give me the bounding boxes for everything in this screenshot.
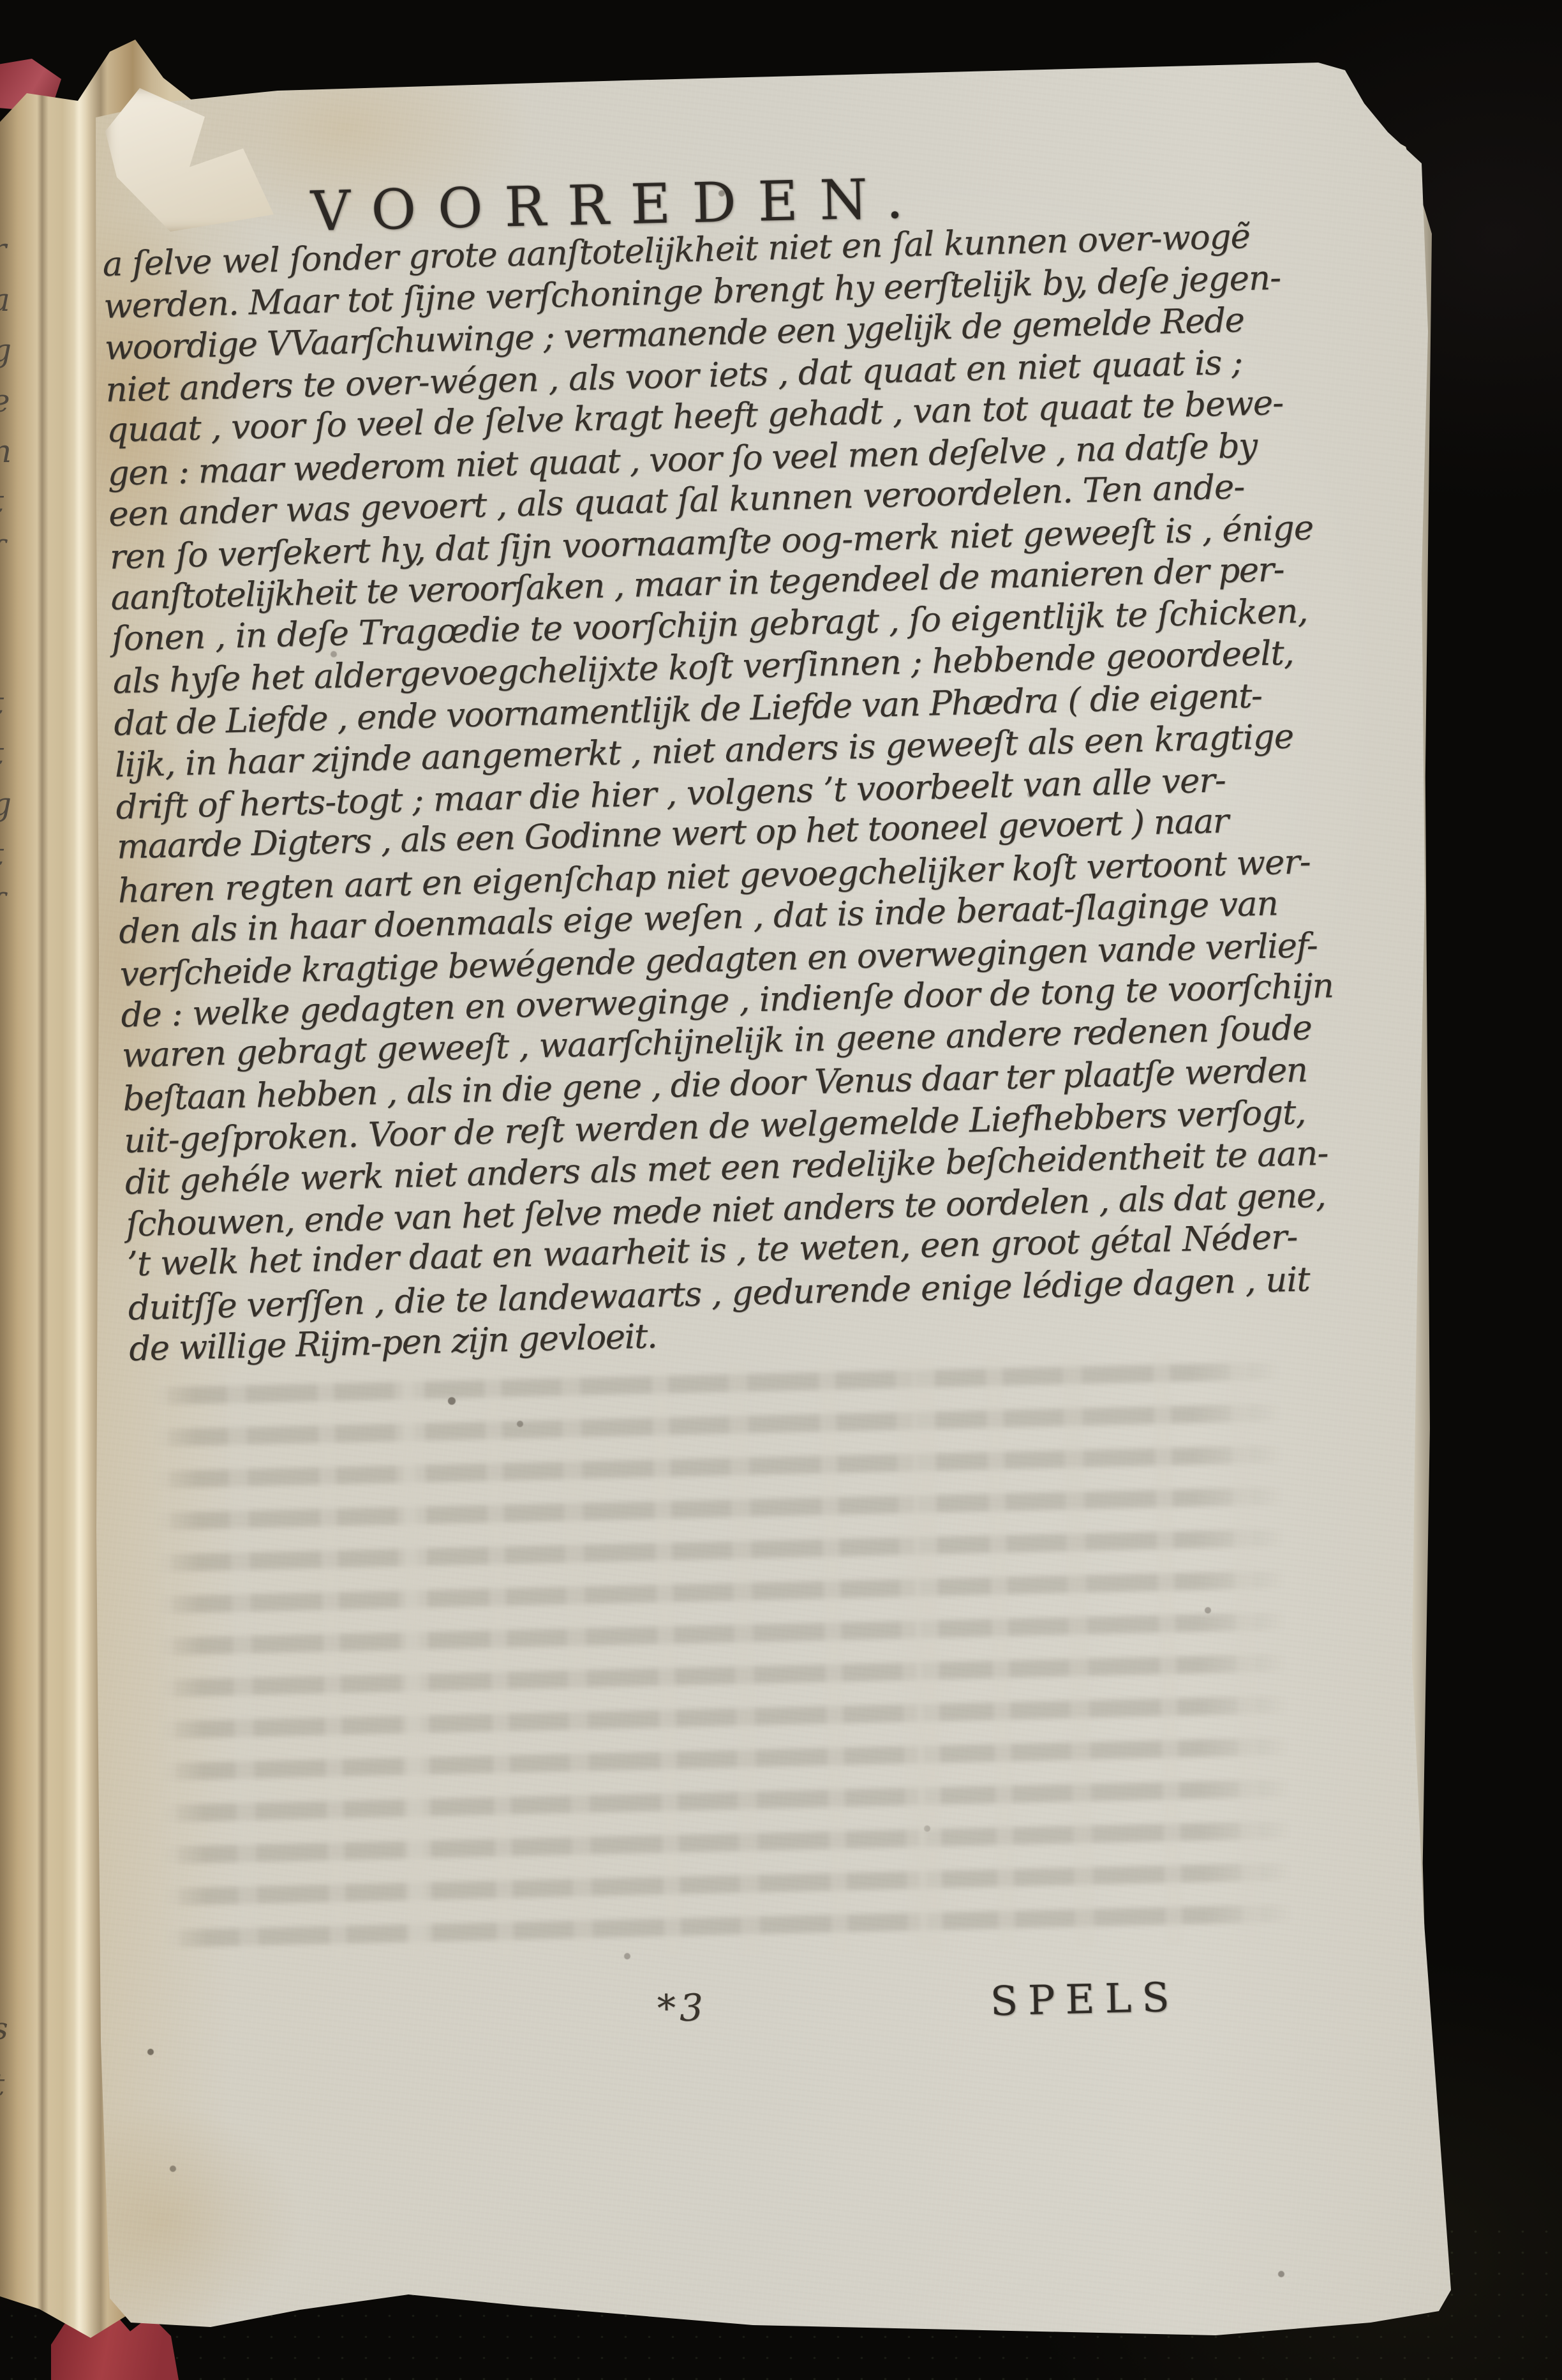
letter-fragment: e xyxy=(0,376,26,426)
preface-text: a ſelve wel ſonder grote aanſtotelijkhei… xyxy=(102,216,1291,1370)
verso-bleedthrough xyxy=(150,1350,1296,1969)
book-page: VOORREDEN. a ſelve wel ſonder grote aanſ… xyxy=(0,0,1562,2380)
letter-fragment: ſ xyxy=(0,880,26,931)
facing-page-letter-fragments-bottom: st xyxy=(0,2001,22,2113)
letter-fragment: g xyxy=(0,326,26,376)
letter-fragment: l xyxy=(0,578,26,628)
letter-fragment: s xyxy=(0,2001,22,2057)
letter-fragment: t xyxy=(0,678,26,729)
letter-fragment: t xyxy=(0,729,26,779)
letter-fragment: t xyxy=(0,830,26,880)
book-photo: ragentſllttgtſ st VOORREDEN. a ſelve wel… xyxy=(0,0,1562,2380)
letter-fragment: t xyxy=(0,477,26,527)
letter-fragment: t xyxy=(0,2057,22,2113)
letter-fragment: ſ xyxy=(0,527,26,578)
letter-fragment: l xyxy=(0,628,26,678)
catchword: SPELS xyxy=(990,1974,1180,2025)
letter-fragment: r xyxy=(0,225,26,275)
signature-mark: *3 xyxy=(657,1986,707,2030)
facing-page-letter-fragments: ragentſllttgtſ xyxy=(0,225,26,931)
letter-fragment: a xyxy=(0,275,26,326)
foxing-specks xyxy=(0,0,4,4)
letter-fragment: g xyxy=(0,779,26,830)
letter-fragment: n xyxy=(0,426,26,477)
